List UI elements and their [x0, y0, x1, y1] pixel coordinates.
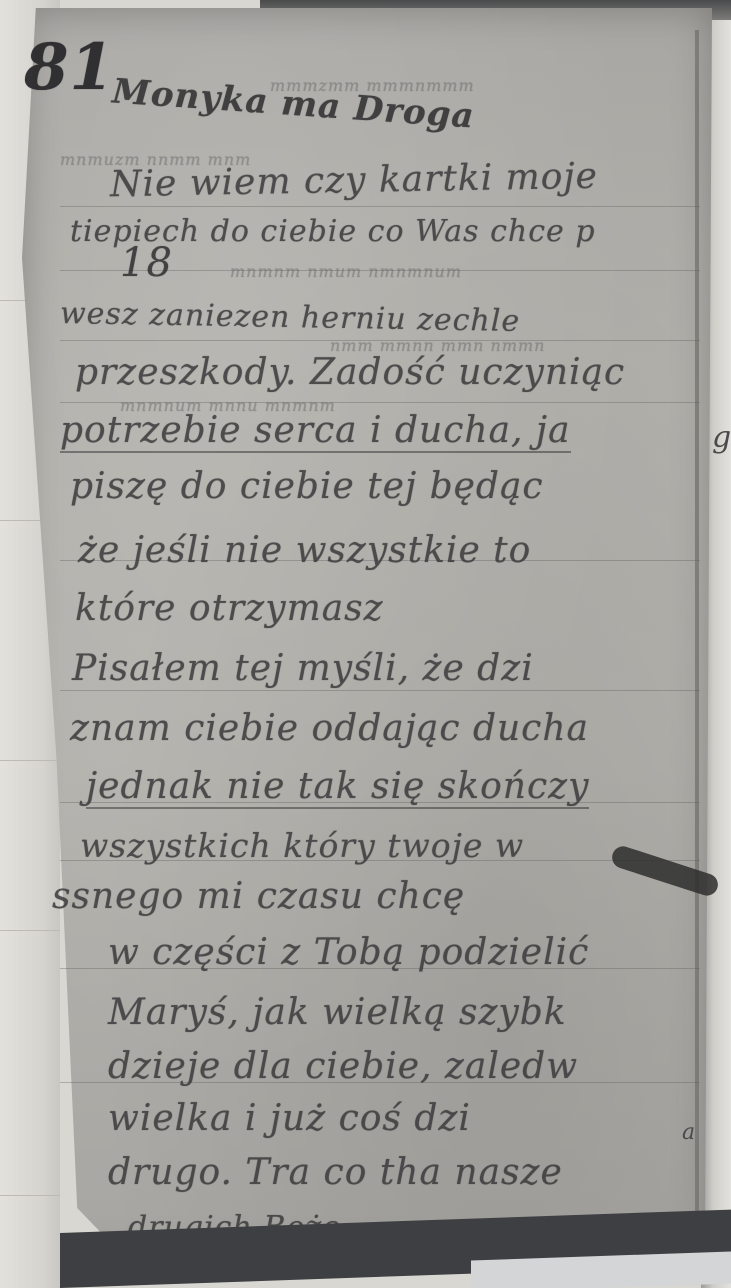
right-edge-mark: g: [712, 420, 731, 455]
ruled-line: [60, 690, 700, 691]
letter-line: dzieje dla ciebie, zaledw: [108, 1046, 578, 1087]
letter-line: w części z Tobą podzielić: [108, 932, 589, 973]
letter-line: Nie wiem czy kartki moje: [110, 156, 599, 206]
letter-line: piszę do ciebie tej będąc: [70, 466, 544, 507]
letter-line: potrzebie serca i ducha, ja: [60, 410, 571, 453]
right-edge-mark: a: [682, 1120, 695, 1145]
letter-line: Maryś, jak wielką szybk: [108, 992, 567, 1033]
letter-line: przeszkody. Zadość uczyniąc: [75, 352, 625, 393]
letter-line: które otrzymasz: [75, 588, 384, 629]
letter-line: tiepiech do ciebie co Was chce p: [70, 214, 596, 249]
letter-line: wszystkich który twoje w: [80, 826, 524, 865]
letter-line: drugo. Tra co tha nasze: [108, 1152, 563, 1193]
faint-bleed-text: mnmnm nmum nmnmnum: [230, 262, 462, 281]
letter-line: ssnego mi czasu chcę: [52, 876, 465, 917]
letter-line: jednak nie tak się skończy: [86, 766, 589, 809]
letter-line: znam ciebie oddając ducha: [70, 708, 589, 749]
ruled-line: [60, 206, 700, 207]
paper-right-edge: [695, 30, 699, 1230]
letter-line: że jeśli nie wszystkie to: [78, 530, 531, 571]
letter-line: Pisałem tej myśli, że dzi: [72, 648, 534, 689]
letter-line: wielka i już coś dzi: [108, 1098, 471, 1139]
page-number-mark: 81: [24, 30, 115, 105]
